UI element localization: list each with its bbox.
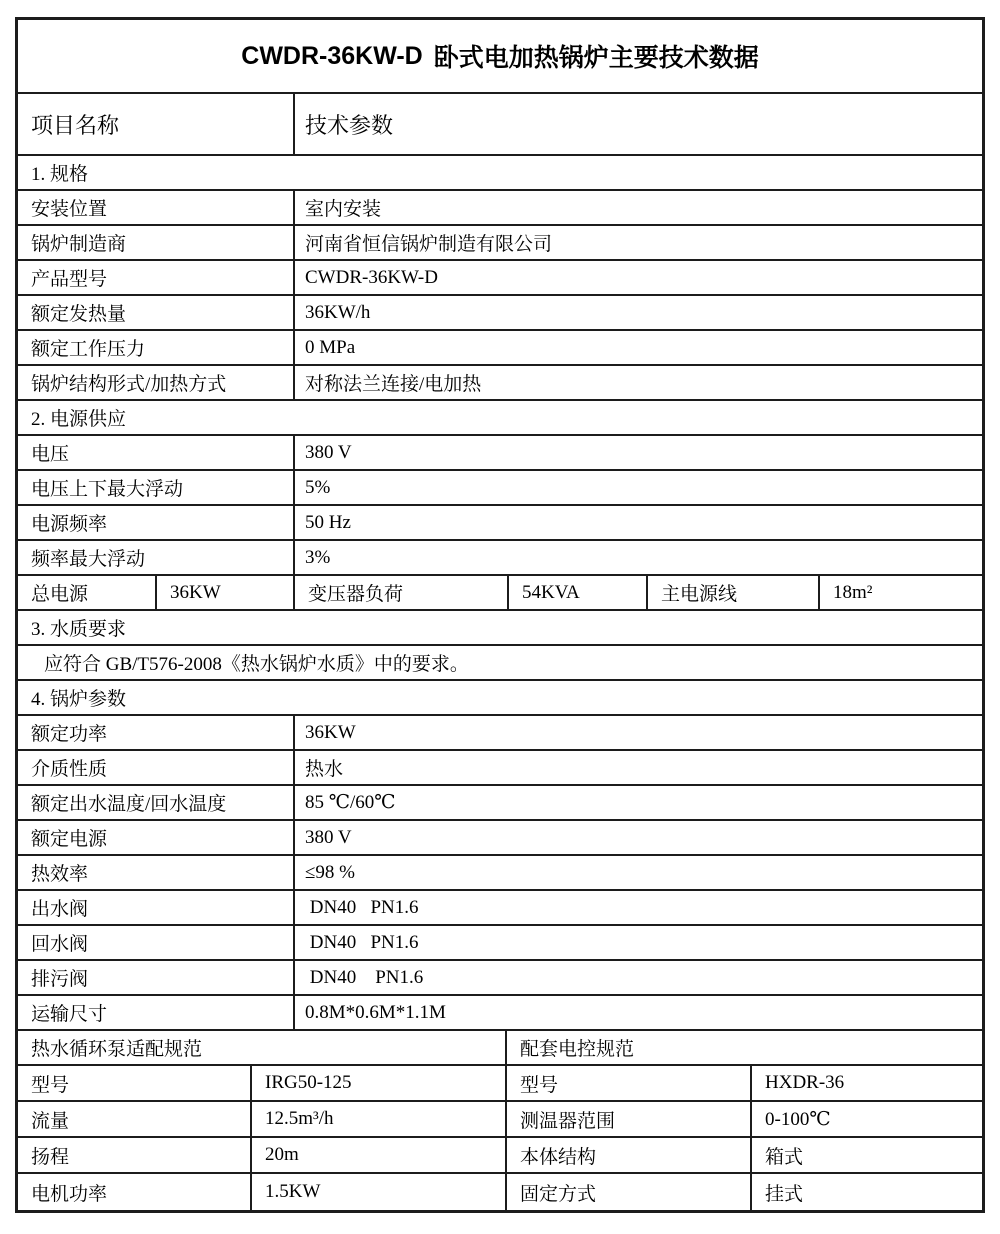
control-row-value: 0-100℃ — [750, 1102, 982, 1136]
row-value: 0.8M*0.6M*1.1M — [293, 996, 982, 1029]
table-row: 电压上下最大浮动 5% — [18, 471, 982, 506]
table-row: 产品型号 CWDR-36KW-D — [18, 261, 982, 296]
row-label: 安装位置 — [18, 191, 293, 224]
row-value: 3% — [293, 541, 982, 574]
table-row: 电源频率 50 Hz — [18, 506, 982, 541]
summary-value: 36KW — [155, 576, 293, 609]
control-row-label: 型号 — [505, 1066, 750, 1100]
row-label: 电压 — [18, 436, 293, 469]
pump-section-heading: 热水循环泵适配规范 — [18, 1031, 505, 1064]
pump-row-value: 20m — [250, 1138, 505, 1172]
table-row: 介质性质 热水 — [18, 751, 982, 786]
row-label: 出水阀 — [18, 891, 293, 924]
control-row-label: 固定方式 — [505, 1174, 750, 1210]
section-heading-spec: 1. 规格 — [18, 156, 982, 191]
pump-row-label: 扬程 — [18, 1138, 250, 1172]
table-row: 扬程 20m 本体结构 箱式 — [18, 1138, 982, 1174]
table-row: 电机功率 1.5KW 固定方式 挂式 — [18, 1174, 982, 1210]
table-row: 出水阀 DN40 PN1.6 — [18, 891, 982, 926]
row-value: DN40 PN1.6 — [293, 961, 982, 994]
control-row-value: HXDR-36 — [750, 1066, 982, 1100]
row-label: 电压上下最大浮动 — [18, 471, 293, 504]
summary-value: 54KVA — [507, 576, 646, 609]
title-model-code: CWDR-36KW-D — [241, 42, 422, 71]
power-summary-row: 总电源 36KW 变压器负荷 54KVA 主电源线 18m² — [18, 576, 982, 611]
row-value: 热水 — [293, 751, 982, 784]
row-label: 介质性质 — [18, 751, 293, 784]
row-label: 额定工作压力 — [18, 331, 293, 364]
pump-row-value: IRG50-125 — [250, 1066, 505, 1100]
row-label: 锅炉结构形式/加热方式 — [18, 366, 293, 399]
row-label: 产品型号 — [18, 261, 293, 294]
table-row: 额定发热量 36KW/h — [18, 296, 982, 331]
control-row-label: 本体结构 — [505, 1138, 750, 1172]
table-row: 额定出水温度/回水温度 85 ℃/60℃ — [18, 786, 982, 821]
row-value: 室内安装 — [293, 191, 982, 224]
summary-label: 总电源 — [18, 576, 155, 609]
row-label: 热效率 — [18, 856, 293, 889]
pump-row-label: 流量 — [18, 1102, 250, 1136]
control-row-value: 箱式 — [750, 1138, 982, 1172]
water-quality-note: 应符合 GB/T576-2008《热水锅炉水质》中的要求。 — [18, 646, 982, 681]
pump-row-label: 型号 — [18, 1066, 250, 1100]
table-row: 热效率 ≤98 % — [18, 856, 982, 891]
pump-row-value: 12.5m³/h — [250, 1102, 505, 1136]
summary-label: 主电源线 — [646, 576, 818, 609]
row-value: CWDR-36KW-D — [293, 261, 982, 294]
table-row: 运输尺寸 0.8M*0.6M*1.1M — [18, 996, 982, 1031]
table-row: 型号 IRG50-125 型号 HXDR-36 — [18, 1066, 982, 1102]
title-text: 卧式电加热锅炉主要技术数据 — [434, 38, 759, 74]
section-heading-water: 3. 水质要求 — [18, 611, 982, 646]
row-value: 36KW/h — [293, 296, 982, 329]
table-row: 排污阀 DN40 PN1.6 — [18, 961, 982, 996]
spec-table: CWDR-36KW-D 卧式电加热锅炉主要技术数据 项目名称 技术参数 1. 规… — [15, 17, 985, 1213]
table-row: 电压 380 V — [18, 436, 982, 471]
row-label: 电源频率 — [18, 506, 293, 539]
summary-label: 变压器负荷 — [293, 576, 507, 609]
row-value: 对称法兰连接/电加热 — [293, 366, 982, 399]
row-value: 5% — [293, 471, 982, 504]
table-row: 锅炉制造商 河南省恒信锅炉制造有限公司 — [18, 226, 982, 261]
pump-row-label: 电机功率 — [18, 1174, 250, 1210]
row-value: 0 MPa — [293, 331, 982, 364]
row-value: 50 Hz — [293, 506, 982, 539]
row-label: 频率最大浮动 — [18, 541, 293, 574]
column-header-item: 项目名称 — [18, 94, 293, 154]
row-label: 锅炉制造商 — [18, 226, 293, 259]
row-label: 排污阀 — [18, 961, 293, 994]
column-header-row: 项目名称 技术参数 — [18, 94, 982, 156]
summary-value: 18m² — [818, 576, 982, 609]
row-value: ≤98 % — [293, 856, 982, 889]
table-row: 额定工作压力 0 MPa — [18, 331, 982, 366]
bottom-section-header-row: 热水循环泵适配规范 配套电控规范 — [18, 1031, 982, 1066]
row-value: 380 V — [293, 821, 982, 854]
row-value: 河南省恒信锅炉制造有限公司 — [293, 226, 982, 259]
row-value: 85 ℃/60℃ — [293, 786, 982, 819]
row-value: DN40 PN1.6 — [293, 926, 982, 959]
control-row-value: 挂式 — [750, 1174, 982, 1210]
row-label: 额定出水温度/回水温度 — [18, 786, 293, 819]
column-header-params: 技术参数 — [293, 94, 982, 154]
row-label: 运输尺寸 — [18, 996, 293, 1029]
table-row: 频率最大浮动 3% — [18, 541, 982, 576]
table-title: CWDR-36KW-D 卧式电加热锅炉主要技术数据 — [18, 20, 982, 94]
table-row: 流量 12.5m³/h 测温器范围 0-100℃ — [18, 1102, 982, 1138]
table-row: 安装位置 室内安装 — [18, 191, 982, 226]
control-row-label: 测温器范围 — [505, 1102, 750, 1136]
table-row: 额定电源 380 V — [18, 821, 982, 856]
row-value: DN40 PN1.6 — [293, 891, 982, 924]
row-label: 额定发热量 — [18, 296, 293, 329]
table-row: 额定功率 36KW — [18, 716, 982, 751]
row-label: 额定电源 — [18, 821, 293, 854]
row-value: 36KW — [293, 716, 982, 749]
table-row: 回水阀 DN40 PN1.6 — [18, 926, 982, 961]
row-label: 回水阀 — [18, 926, 293, 959]
section-heading-boiler: 4. 锅炉参数 — [18, 681, 982, 716]
table-row: 锅炉结构形式/加热方式 对称法兰连接/电加热 — [18, 366, 982, 401]
section-heading-power: 2. 电源供应 — [18, 401, 982, 436]
control-section-heading: 配套电控规范 — [505, 1031, 982, 1064]
row-label: 额定功率 — [18, 716, 293, 749]
pump-row-value: 1.5KW — [250, 1174, 505, 1210]
row-value: 380 V — [293, 436, 982, 469]
